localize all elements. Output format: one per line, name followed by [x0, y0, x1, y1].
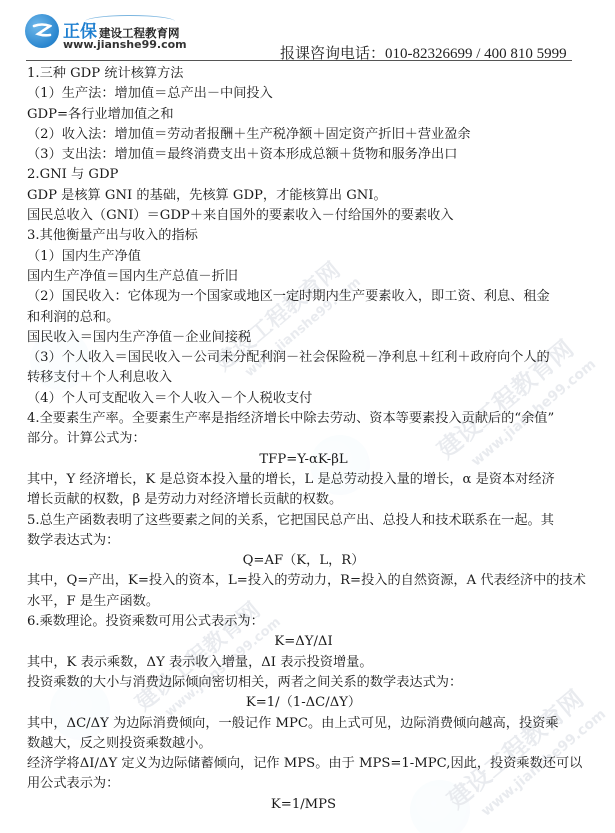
text-line: 增长贡献的权数，β 是劳动力对经济增长贡献的权数。 [27, 490, 580, 510]
text-line: 6.乘数理论。投资乘数可用公式表示为： [27, 612, 580, 632]
text-line: 国民总收入（GNI）＝GDP＋来自国外的要素收入－付给国外的要素收入 [27, 206, 580, 226]
text-line: 2.GNI 与 GDP [27, 165, 580, 185]
brand-logo: 正保建设工程教育网 www.jianshe99.com [25, 10, 175, 52]
text-line: （1）国内生产净值 [27, 247, 580, 267]
header-divider [26, 60, 572, 61]
text-line: （4）个人可支配收入＝个人收入－个人税收支付 [27, 389, 580, 409]
text-line: GDP 是核算 GNI 的基础，先核算 GDP，才能核算出 GNI。 [27, 186, 580, 206]
text-line: 国民收入＝国内生产净值－企业间接税 [27, 328, 580, 348]
text-line: 其中，K 表示乘数，ΔY 表示收入增量，ΔI 表示投资增量。 [27, 653, 580, 673]
text-line: （2）国民收入：它体现为一个国家或地区一定时期内生产要素收入，即工资、利息、租金 [27, 287, 580, 307]
text-line: 和利润的总和。 [27, 308, 580, 328]
text-line: 其中，ΔC/ΔY 为边际消费倾向，一般记作 MPC。由上式可见，边际消费倾向越高… [27, 714, 580, 734]
formula-line: TFP=Y-αK-βL [27, 450, 580, 470]
text-line: （1）生产法：增加值＝总产出－中间投入 [27, 84, 580, 104]
text-line: 用公式表示为： [27, 774, 580, 794]
brand-url: www.jianshe99.com [63, 38, 187, 51]
text-line: GDP=各行业增加值之和 [27, 105, 580, 125]
text-line: 数越大，反之则投资乘数越小。 [27, 734, 580, 754]
text-line: 水平，F 是生产函数。 [27, 592, 580, 612]
text-line: 投资乘数的大小与消费边际倾向密切相关，两者之间关系的数学表达式为： [27, 673, 580, 693]
text-line: （3）个人收入＝国民收入－公司未分配利润－社会保险税－净利息＋红利＋政府向个人的 [27, 348, 580, 368]
text-line: 数学表达式为： [27, 531, 580, 551]
formula-line: K=1/（1-ΔC/ΔY） [27, 693, 580, 713]
text-line: 经济学将ΔI/ΔY 定义为边际储蓄倾向，记作 MPS。由于 MPS=1-MPC,… [27, 754, 580, 774]
logo-z-icon [32, 23, 52, 39]
logo-emblem-icon [25, 14, 59, 48]
document-body: 1.三种 GDP 统计核算方法（1）生产法：增加值＝总产出－中间投入GDP=各行… [27, 64, 580, 815]
text-line: 3.其他衡量产出与收入的指标 [27, 226, 580, 246]
text-line: 4.全要素生产率。全要素生产率是指经济增长中除去劳动、资本等要素投入贡献后的“余… [27, 409, 580, 429]
text-line: 5.总生产函数表明了这些要素之间的关系，它把国民总产出、总投人和技术联系在一起。… [27, 511, 580, 531]
text-line: 其中，Q=产出，K=投入的资本，L=投入的劳动力，R=投入的自然资源，A 代表经… [27, 571, 580, 591]
page-header: 正保建设工程教育网 www.jianshe99.com 报课咨询电话：010-8… [0, 0, 615, 62]
formula-line: Q=AF（K，L，R） [27, 551, 580, 571]
text-line: 国内生产净值＝国内生产总值－折旧 [27, 267, 580, 287]
formula-line: K=1/MPS [27, 795, 580, 815]
text-line: 部分。计算公式为： [27, 429, 580, 449]
text-line: （3）支出法：增加值＝最终消费支出＋资本形成总额＋货物和服务净出口 [27, 145, 580, 165]
text-line: 转移支付＋个人利息收入 [27, 368, 580, 388]
text-line: （2）收入法：增加值＝劳动者报酬＋生产税净额＋固定资产折旧＋营业盈余 [27, 125, 580, 145]
text-line: 1.三种 GDP 统计核算方法 [27, 64, 580, 84]
text-line: 其中，Y 经济增长，K 是总资本投入量的增长，L 是总劳动投入量的增长，α 是资… [27, 470, 580, 490]
formula-line: K=ΔY/ΔI [27, 632, 580, 652]
